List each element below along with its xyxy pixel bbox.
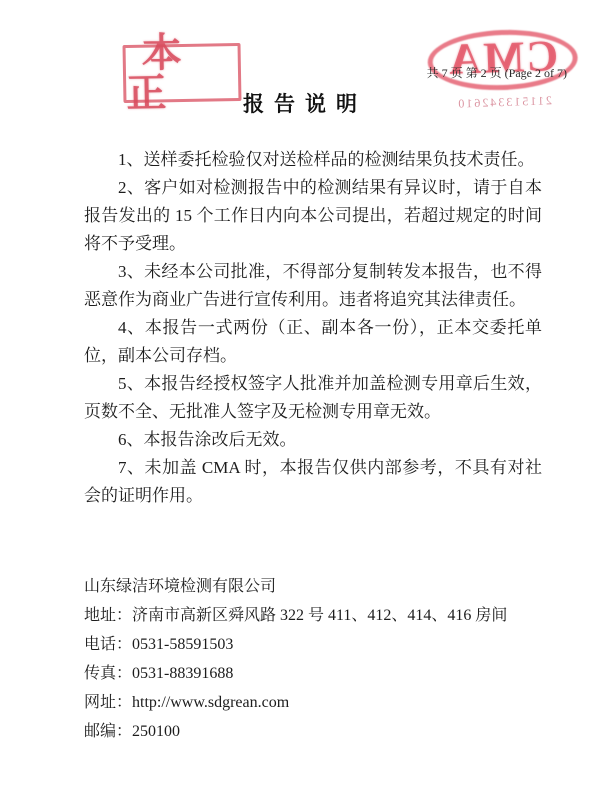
footer-address: 地址：济南市高新区舜风路 322 号 411、412、414、416 房间 [84, 601, 554, 630]
scanned-report-page: 本正 CMA 211513342610 共 7 页 第 2 页 (Page 2 … [0, 0, 600, 800]
cma-stamp-oval-border [427, 27, 579, 92]
company-contact-block: 山东绿洁环境检测有限公司 地址：济南市高新区舜风路 322 号 411、412、… [84, 572, 554, 746]
page-title: 报告说明 [0, 88, 600, 118]
clause-4: 4、本报告一式两份（正、副本各一份），正本交委托单位，副本公司存档。 [84, 314, 542, 370]
clause-2: 2、客户如对检测报告中的检测结果有异议时，请于自本报告发出的 15 个工作日内向… [84, 174, 542, 258]
footer-postal-code: 邮编：250100 [84, 717, 554, 746]
report-clauses: 1、送样委托检验仅对送检样品的检测结果负技术责任。 2、客户如对检测报告中的检测… [84, 146, 542, 510]
footer-phone: 电话：0531-58591503 [84, 630, 554, 659]
page-number: 共 7 页 第 2 页 (Page 2 of 7) [427, 64, 567, 81]
clause-3: 3、未经本公司批准，不得部分复制转发本报告，也不得恶意作为商业广告进行宣传利用。… [84, 258, 542, 314]
footer-fax: 传真：0531-88391688 [84, 659, 554, 688]
footer-website: 网址：http://www.sdgrean.com [84, 688, 554, 717]
clause-6: 6、本报告涂改后无效。 [84, 426, 542, 454]
clause-5: 5、本报告经授权签字人批准并加盖检测专用章后生效，页数不全、无批准人签字及无检测… [84, 370, 542, 426]
clause-1: 1、送样委托检验仅对送检样品的检测结果负技术责任。 [84, 146, 542, 174]
footer-company-name: 山东绿洁环境检测有限公司 [84, 572, 554, 601]
clause-7: 7、未加盖 CMA 时，本报告仅供内部参考，不具有对社会的证明作用。 [84, 454, 542, 510]
